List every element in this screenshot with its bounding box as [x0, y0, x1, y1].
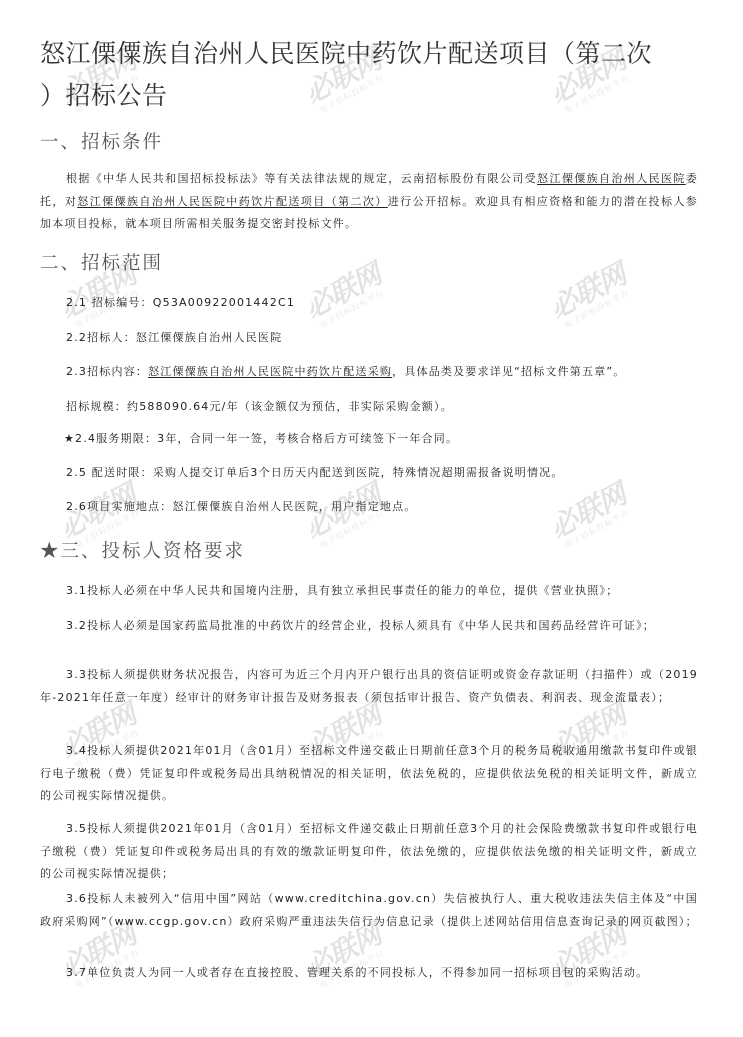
title-line-2: ）招标公告 [40, 81, 168, 110]
item-2-6-location: 2.6项目实施地点：怒江傈僳族自治州人民医院，用户指定地点。 [66, 496, 696, 519]
item-2-3-content: 2.3招标内容：怒江傈僳族自治州人民医院中药饮片配送采购，具体品类及要求详见“招… [66, 361, 696, 384]
item-2-5-delivery-time: 2.5 配送时限：采购人提交订单后3个日历天内配送到医院，特殊情况超期需报备说明… [66, 462, 696, 485]
item-2-1-bid-number: 2.1 招标编号：Q53A00922001442C1 [66, 292, 696, 315]
project-name-underlined: 怒江傈僳族自治州人民医院中药饮片配送项目（第二次） [77, 195, 387, 208]
bidding-conditions-paragraph: 根据《中华人民共和国招标投标法》等有关法律法规的规定，云南招标股份有限公司受怒江… [40, 168, 698, 236]
section-heading-3: ★三、投标人资格要求 [40, 539, 245, 565]
content-underlined: 怒江傈僳族自治州人民医院中药饮片配送采购 [148, 365, 392, 378]
watermark: 必联网电子招标投标平台 [287, 473, 412, 578]
section-heading-1: 一、招标条件 [40, 130, 163, 156]
watermark: 必联网电子招标投标平台 [532, 473, 657, 578]
item-text: ，具体品类及要求详见“招标文件第五章”。 [392, 365, 625, 378]
item-label: 2.3招标内容： [66, 365, 148, 378]
item-3-4: 3.4投标人须提供2021年01月（含01月）至招标文件递交截止日期前任意3个月… [40, 740, 698, 808]
section-heading-2: 二、招标范围 [40, 251, 163, 277]
paragraph-text: 根据《中华人民共和国招标投标法》等有关法律法规的规定，云南招标股份有限公司受 [66, 172, 537, 185]
item-2-2-tenderer: 2.2招标人：怒江傈僳族自治州人民医院 [66, 327, 696, 350]
document-title: 怒江傈僳族自治州人民医院中药饮片配送项目（第二次 ）招标公告 [40, 33, 700, 117]
item-bid-scale: 招标规模：约588090.64元/年（该金额仅为预估，非实际采购金额）。 [66, 396, 696, 419]
document-page: 必联网电子招标投标平台 必联网电子招标投标平台 必联网电子招标投标平台 必联网电… [0, 0, 743, 1037]
tenderer-name-underlined: 怒江傈僳族自治州人民医院 [537, 172, 686, 185]
item-3-6: 3.6投标人未被列入“信用中国”网站（www.creditchina.gov.c… [40, 888, 698, 933]
item-3-7: 3.7单位负责人为同一人或者存在直接控股、管理关系的不同投标人，不得参加同一招标… [40, 962, 698, 985]
item-2-4-service-period: ★2.4服务期限：3年，合同一年一签，考核合格后方可续签下一年合同。 [64, 428, 694, 451]
item-3-5: 3.5投标人须提供2021年01月（含01月）至招标文件递交截止日期前任意3个月… [40, 818, 698, 886]
item-3-1: 3.1投标人必须在中华人民共和国境内注册，具有独立承担民事责任的能力的单位，提供… [40, 580, 698, 603]
item-3-2: 3.2投标人必须是国家药监局批准的中药饮片的经营企业，投标人须具有《中华人民共和… [40, 615, 698, 638]
item-3-3: 3.3投标人须提供财务状况报告，内容可为近三个月内开户银行出具的资信证明或资金存… [40, 664, 698, 709]
title-line-1: 怒江傈僳族自治州人民医院中药饮片配送项目（第二次 [40, 39, 652, 68]
